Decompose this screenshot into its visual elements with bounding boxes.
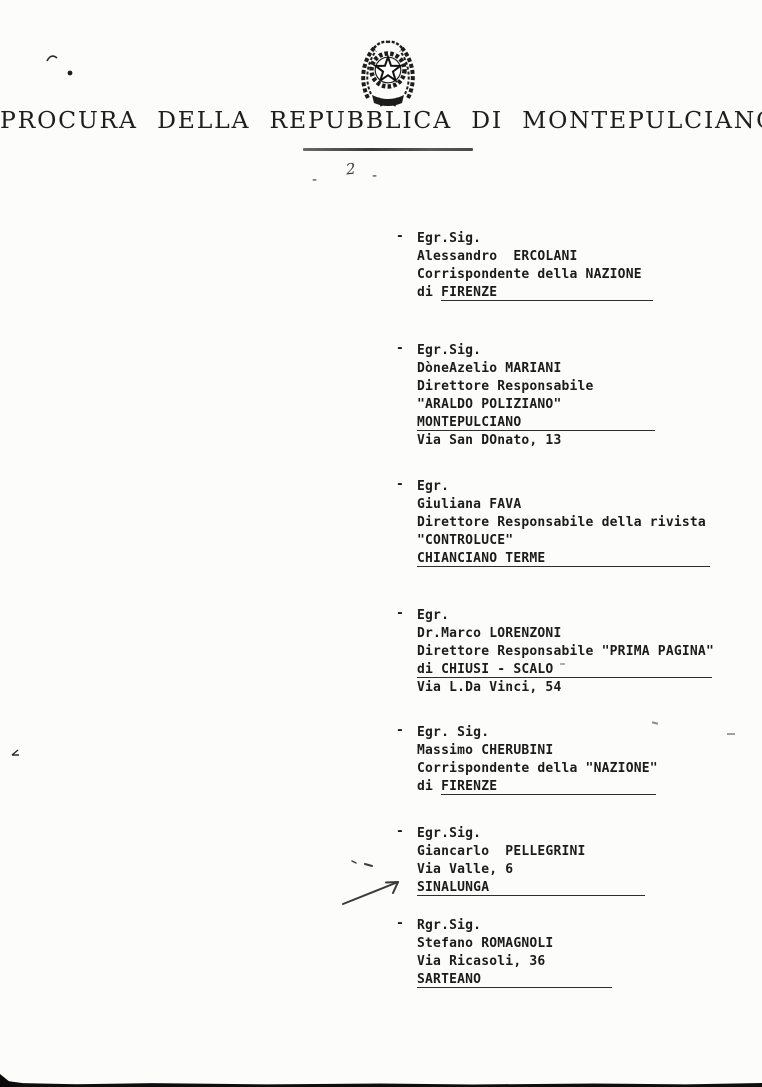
address-line-text: Egr.: [417, 608, 449, 623]
address-line: "ARALDO POLIZIANO": [417, 396, 594, 414]
address-line: Egr.Sig.: [417, 342, 594, 360]
address-line: Dr.Marco LORENZONI: [417, 625, 714, 643]
address-line: Stefano ROMAGNOLI: [417, 935, 553, 953]
address-line-text: Egr.Sig.: [417, 343, 481, 358]
address-line-text: Direttore Responsabile: [417, 379, 594, 394]
header-rule: [303, 148, 473, 151]
address-line-text: Egr.Sig.: [417, 231, 481, 246]
address-line: Corrispondente della NAZIONE: [417, 266, 642, 284]
address-line: Alessandro ERCOLANI: [417, 248, 642, 266]
underline-rule: [417, 895, 645, 896]
address-line: MONTEPULCIANO: [417, 414, 594, 432]
address-line: Giancarlo PELLEGRINI: [417, 843, 586, 861]
address-block: -Egr.Dr.Marco LORENZONIDirettore Respons…: [417, 607, 714, 697]
address-block: -Egr. Sig.Massimo CHERUBINICorrispondent…: [417, 724, 658, 796]
address-line-text: Dr.Marco LORENZONI: [417, 626, 561, 641]
address-line: di FIRENZE: [417, 778, 658, 796]
address-line-text: Via San DOnato, 13: [417, 433, 561, 448]
address-line: Egr.: [417, 607, 714, 625]
address-line: Direttore Responsabile: [417, 378, 594, 396]
address-line-text: Direttore Responsabile della rivista: [417, 515, 706, 530]
scan-bottom-edge: [0, 1080, 762, 1087]
scan-speck: [560, 663, 565, 665]
address-line: "CONTROLUCE": [417, 532, 706, 550]
list-dash: -: [396, 916, 404, 931]
address-line-text: di FIRENZE: [417, 285, 497, 300]
address-block: -Egr.Sig.DòneAzelio MARIANIDirettore Res…: [417, 342, 594, 450]
address-line-text: Alessandro ERCOLANI: [417, 249, 578, 264]
page-number-value: 2: [345, 160, 357, 179]
address-line-text: Corrispondente della NAZIONE: [417, 267, 642, 282]
address-line: Via San DOnato, 13: [417, 432, 594, 450]
address-line: Giuliana FAVA: [417, 496, 706, 514]
address-line: Egr.Sig.: [417, 230, 642, 248]
address-line: Direttore Responsabile "PRIMA PAGINA": [417, 643, 714, 661]
state-emblem-icon: [358, 38, 418, 110]
address-line: Egr. Sig.: [417, 724, 658, 742]
address-line-text: Giuliana FAVA: [417, 497, 521, 512]
address-block: -Rgr.Sig.Stefano ROMAGNOLIVia Ricasoli, …: [417, 917, 553, 989]
underline-rule: [417, 677, 712, 678]
address-line-text: Via Ricasoli, 36: [417, 954, 545, 969]
list-dash: -: [396, 229, 404, 244]
address-line-text: Via L.Da Vinci, 54: [417, 680, 561, 695]
address-line: Direttore Responsabile della rivista: [417, 514, 706, 532]
address-line-text: SINALUNGA: [417, 880, 489, 895]
address-line-text: Egr.: [417, 479, 449, 494]
address-line-text: Rgr.Sig.: [417, 918, 481, 933]
address-line: Egr.: [417, 478, 706, 496]
address-block: -Egr.Sig.Giancarlo PELLEGRINIVia Valle, …: [417, 825, 586, 897]
underline-rule: [417, 430, 655, 431]
page-number-dash-left: -: [312, 170, 317, 188]
address-line: di FIRENZE: [417, 284, 642, 302]
address-line: Massimo CHERUBINI: [417, 742, 658, 760]
address-line: Via L.Da Vinci, 54: [417, 679, 714, 697]
list-dash: -: [396, 606, 404, 621]
address-line: SINALUNGA: [417, 879, 586, 897]
address-line-text: Egr. Sig.: [417, 725, 489, 740]
underline-rule: [417, 987, 612, 988]
margin-mark-icon: [10, 746, 22, 758]
address-line-text: Giancarlo PELLEGRINI: [417, 844, 586, 859]
list-dash: -: [396, 824, 404, 839]
address-line: di CHIUSI - SCALO: [417, 661, 714, 679]
address-line: Via Ricasoli, 36: [417, 953, 553, 971]
address-line-text: "CONTROLUCE": [417, 533, 513, 548]
scan-corner-shadow: [0, 1074, 16, 1087]
address-line-text: Via Valle, 6: [417, 862, 513, 877]
page-number-dash-right: -: [372, 166, 377, 184]
address-line-text: DòneAzelio MARIANI: [417, 361, 561, 376]
underline-rule: [441, 794, 656, 795]
address-line-text: MONTEPULCIANO: [417, 415, 521, 430]
address-line-text: Egr.Sig.: [417, 826, 481, 841]
address-line: CHIANCIANO TERME: [417, 550, 706, 568]
address-line: SARTEANO: [417, 971, 553, 989]
list-dash: -: [396, 477, 404, 492]
address-block: -Egr.Sig.Alessandro ERCOLANICorrisponden…: [417, 230, 642, 302]
underline-rule: [417, 566, 710, 567]
address-line-text: Direttore Responsabile "PRIMA PAGINA": [417, 644, 714, 659]
address-line-text: Massimo CHERUBINI: [417, 743, 553, 758]
page-title: PROCURA DELLA REPUBBLICA DI MONTEPULCIAN…: [0, 106, 762, 134]
scan-speck: [727, 733, 735, 735]
scanned-letter-page: PROCURA DELLA REPUBBLICA DI MONTEPULCIAN…: [0, 0, 762, 1087]
address-line: DòneAzelio MARIANI: [417, 360, 594, 378]
address-line-text: Stefano ROMAGNOLI: [417, 936, 553, 951]
address-line-text: Corrispondente della "NAZIONE": [417, 761, 658, 776]
list-dash: -: [396, 723, 404, 738]
address-line-text: di FIRENZE: [417, 779, 497, 794]
pen-mark-icon: [44, 50, 80, 80]
address-line: Rgr.Sig.: [417, 917, 553, 935]
handwritten-arrow-icon: [338, 858, 413, 913]
address-line-text: "ARALDO POLIZIANO": [417, 397, 561, 412]
page-number: - 2 -: [308, 158, 398, 182]
underline-rule: [441, 300, 653, 301]
list-dash: -: [396, 341, 404, 356]
address-line: Via Valle, 6: [417, 861, 586, 879]
address-line: Corrispondente della "NAZIONE": [417, 760, 658, 778]
address-block: -Egr.Giuliana FAVADirettore Responsabile…: [417, 478, 706, 568]
address-line-text: SARTEANO: [417, 972, 481, 987]
address-line-text: di CHIUSI - SCALO: [417, 662, 553, 677]
address-line-text: CHIANCIANO TERME: [417, 551, 545, 566]
address-line: Egr.Sig.: [417, 825, 586, 843]
